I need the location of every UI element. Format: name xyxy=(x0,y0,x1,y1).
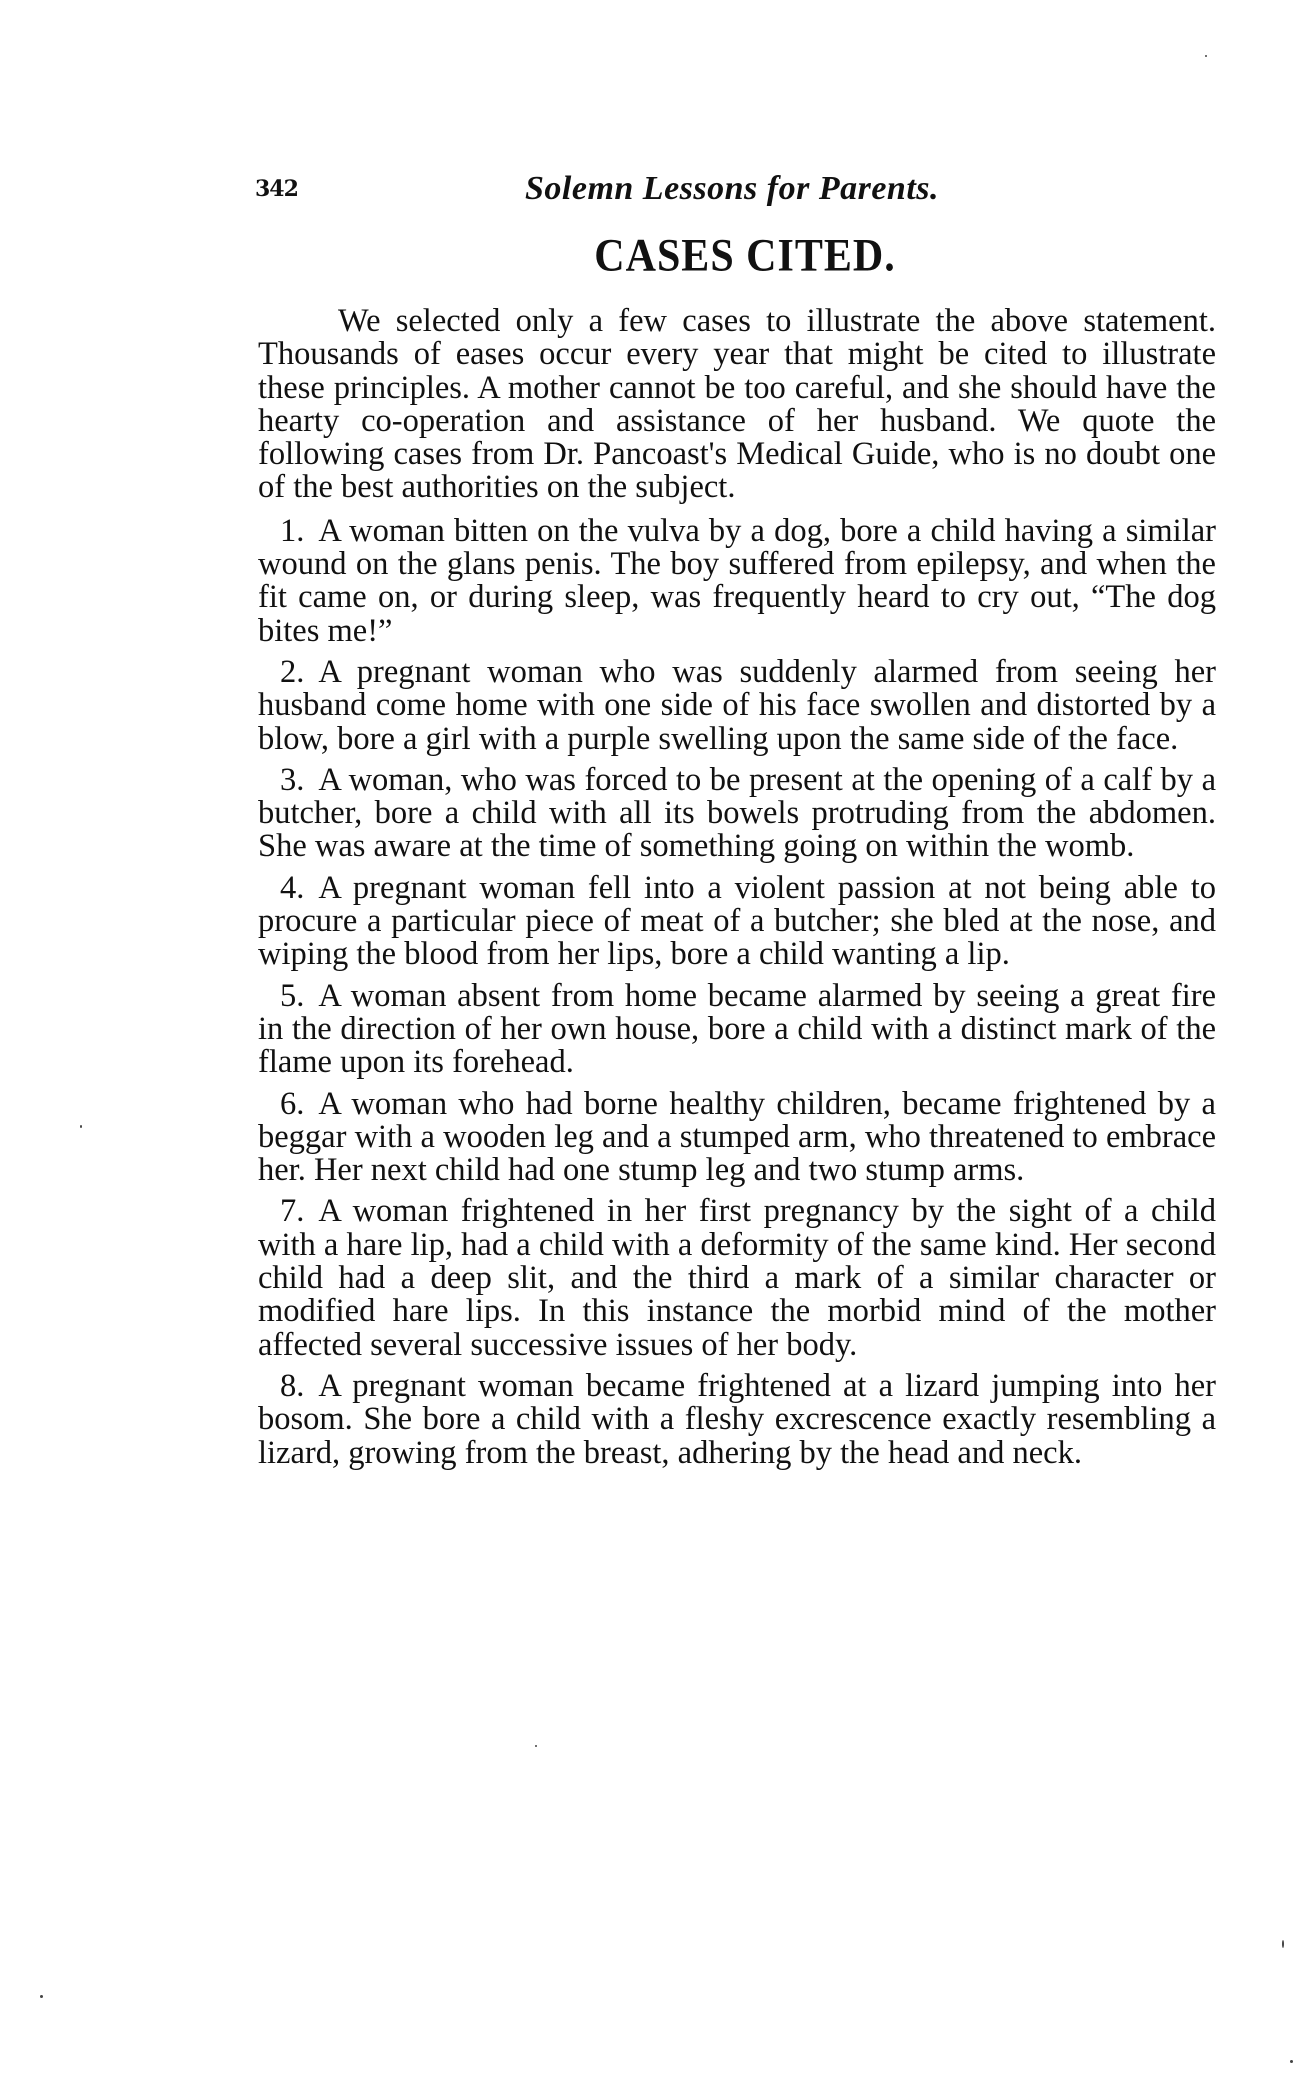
book-page: 342 Solemn Lessons for Parents. CASES CI… xyxy=(0,0,1306,2089)
scan-speck xyxy=(1205,55,1207,57)
case-number: 6. xyxy=(280,1086,304,1122)
case-1: 1.A woman bitten on the vulva by a dog, … xyxy=(258,515,1216,648)
case-text: A pregnant woman who was suddenly alarme… xyxy=(258,654,1216,757)
case-3: 3.A woman, who was forced to be present … xyxy=(258,764,1216,864)
case-2: 2.A pregnant woman who was suddenly alar… xyxy=(258,656,1216,756)
case-text: A woman bitten on the vulva by a dog, bo… xyxy=(258,513,1216,649)
scan-speck xyxy=(1290,2060,1293,2063)
case-text: A woman who had borne healthy children, … xyxy=(258,1086,1216,1189)
body-text: We selected only a few cases to illustra… xyxy=(258,305,1216,1478)
running-head: 342 Solemn Lessons for Parents. xyxy=(255,170,1215,210)
page-number: 342 xyxy=(255,176,298,202)
case-8: 8.A pregnant woman became frightened at … xyxy=(258,1370,1216,1470)
scan-speck xyxy=(1282,1940,1284,1948)
case-text: A woman absent from home became alarmed … xyxy=(258,978,1216,1081)
case-number: 1. xyxy=(280,513,304,549)
case-number: 3. xyxy=(280,762,304,798)
intro-paragraph: We selected only a few cases to illustra… xyxy=(258,305,1216,505)
case-number: 2. xyxy=(280,654,304,690)
section-title: CASES CITED. xyxy=(0,229,1306,283)
scan-speck xyxy=(535,1745,537,1747)
running-title: Solemn Lessons for Parents. xyxy=(525,170,939,208)
case-4: 4.A pregnant woman fell into a violent p… xyxy=(258,872,1216,972)
case-text: A woman frightened in her first pregnanc… xyxy=(258,1193,1216,1362)
case-text: A pregnant woman became frightened at a … xyxy=(258,1368,1216,1471)
case-6: 6.A woman who had borne healthy children… xyxy=(258,1088,1216,1188)
case-5: 5.A woman absent from home became alarme… xyxy=(258,980,1216,1080)
case-text: A woman, who was forced to be present at… xyxy=(258,762,1216,865)
case-text: A pregnant woman fell into a violent pas… xyxy=(258,870,1216,973)
case-number: 7. xyxy=(280,1193,304,1229)
scan-speck xyxy=(80,1125,82,1128)
scan-speck xyxy=(40,1995,43,1998)
case-7: 7.A woman frightened in her first pregna… xyxy=(258,1195,1216,1361)
case-number: 4. xyxy=(280,870,304,906)
case-number: 8. xyxy=(280,1368,304,1404)
case-number: 5. xyxy=(280,978,304,1014)
